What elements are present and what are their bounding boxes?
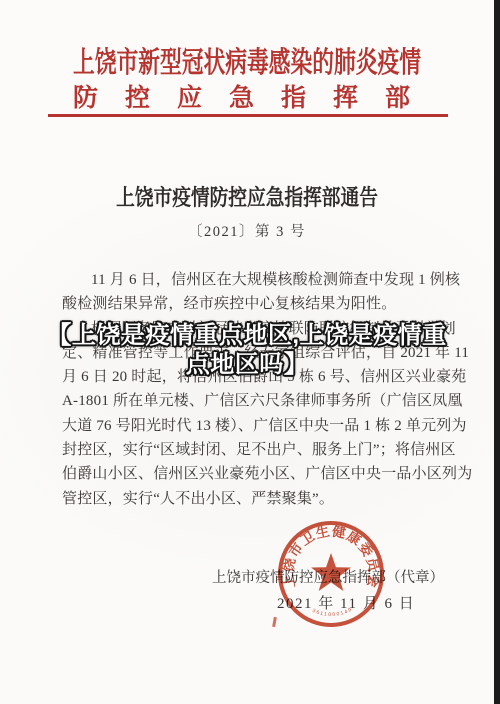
body-line: 酸检测结果异常，经市疾控中心复核结果为阳性。 [62,292,442,316]
photo-edge-strip [494,0,500,704]
letterhead-line1: 上饶市新型冠状病毒感染的肺炎疫情 [0,40,494,81]
notice-title: 上饶市疫情防控应急指挥部通告 [0,181,494,212]
letterhead-divider [48,114,448,117]
body-line: 管控区，实行“人不出小区、严禁聚集”。 [62,487,442,511]
body-line: 伯爵山小区、信州区兴业豪苑小区、广信区中央一品小区列为 [62,462,442,486]
seal-star-icon [311,553,351,591]
caption-line2: 点地区吗】 [0,350,494,379]
body-line: A-1801 所在单元楼、广信区六尺条律师事务所（广信区凤凰 [62,389,442,413]
caption-line1: 【上饶是疫情重点地区,上饶是疫情重 [0,321,494,350]
notice-body: 11 月 6 日，信州区在大规模核酸检测筛查中发现 1 例核 酸检测结果异常，经… [62,268,442,511]
body-line: 11 月 6 日，信州区在大规模核酸检测筛查中发现 1 例核 [62,268,442,292]
document-photo: 上饶市新型冠状病毒感染的肺炎疫情 防控应急指挥部 上饶市疫情防控应急指挥部通告 … [0,0,500,704]
svg-text:3611000149: 3611000149 [311,606,354,618]
document-number: 〔2021〕第 3 号 [0,220,494,241]
caption-overlay: 【上饶是疫情重点地区,上饶是疫情重 点地区吗】 [0,321,494,379]
seal-code: 3611000149 [311,606,354,618]
official-seal: 上饶市卫生健康委员会 3611000149 [271,514,391,634]
body-line: 大道 76 号阳光时代 13 楼）、广信区中央一品 1 栋 2 单元列为 [62,414,442,438]
letterhead-line2: 防控应急指挥部 [73,78,420,114]
body-line: 封控区，实行“区域封闭、足不出户、服务上门”；将信州区 [62,438,442,462]
